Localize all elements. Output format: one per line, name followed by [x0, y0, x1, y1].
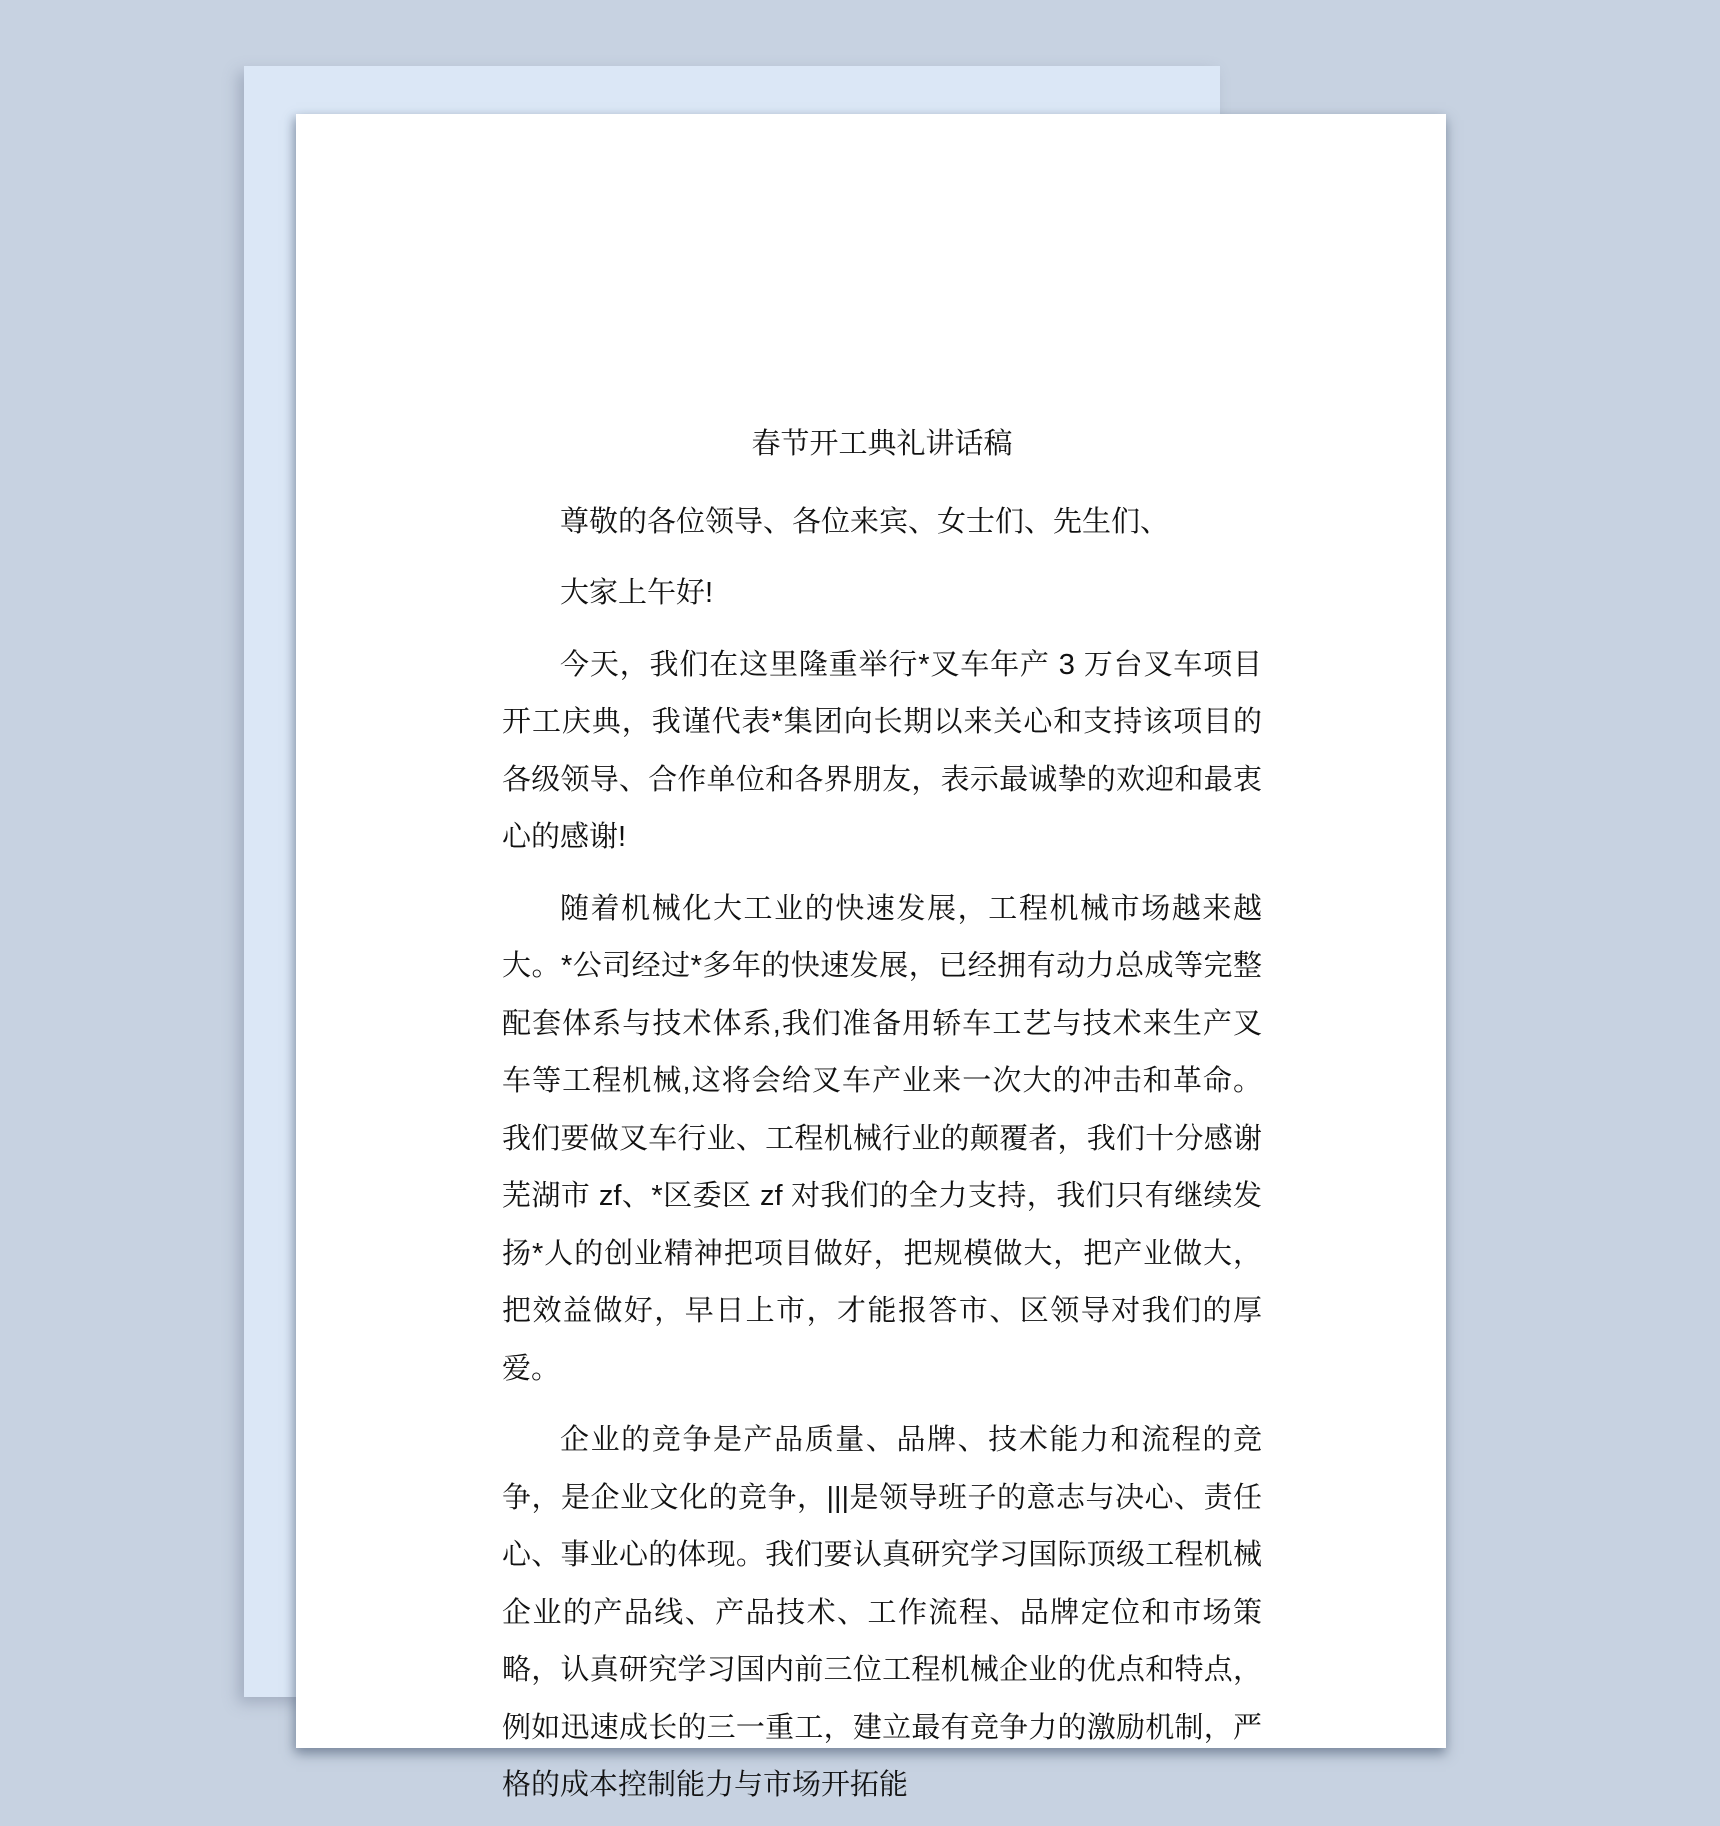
doc-title: 春节开工典礼讲话稿 — [502, 416, 1262, 474]
paragraph-industry: 随着机械化大工业的快速发展，工程机械市场越来越大。*公司经过*多年的快速发展，已… — [502, 881, 1262, 1399]
paragraph-salutation: 尊敬的各位领导、各位来宾、女士们、先生们、 — [502, 494, 1262, 552]
paragraph-greeting: 大家上午好! — [502, 565, 1262, 623]
document-preview-canvas: { "colors": { "background": "#c7d2e1", "… — [0, 0, 1720, 1826]
paragraph-competition: 企业的竞争是产品质量、品牌、技术能力和流程的竞争，是企业文化的竞争，|||是领导… — [502, 1412, 1262, 1815]
paragraph-opening: 今天，我们在这里隆重举行*叉车年产 3 万台叉车项目开工庆典，我谨代表*集团向长… — [502, 637, 1262, 867]
document-page: 春节开工典礼讲话稿 尊敬的各位领导、各位来宾、女士们、先生们、 大家上午好! 今… — [296, 114, 1446, 1748]
document-content: 春节开工典礼讲话稿 尊敬的各位领导、各位来宾、女士们、先生们、 大家上午好! 今… — [502, 416, 1262, 1826]
